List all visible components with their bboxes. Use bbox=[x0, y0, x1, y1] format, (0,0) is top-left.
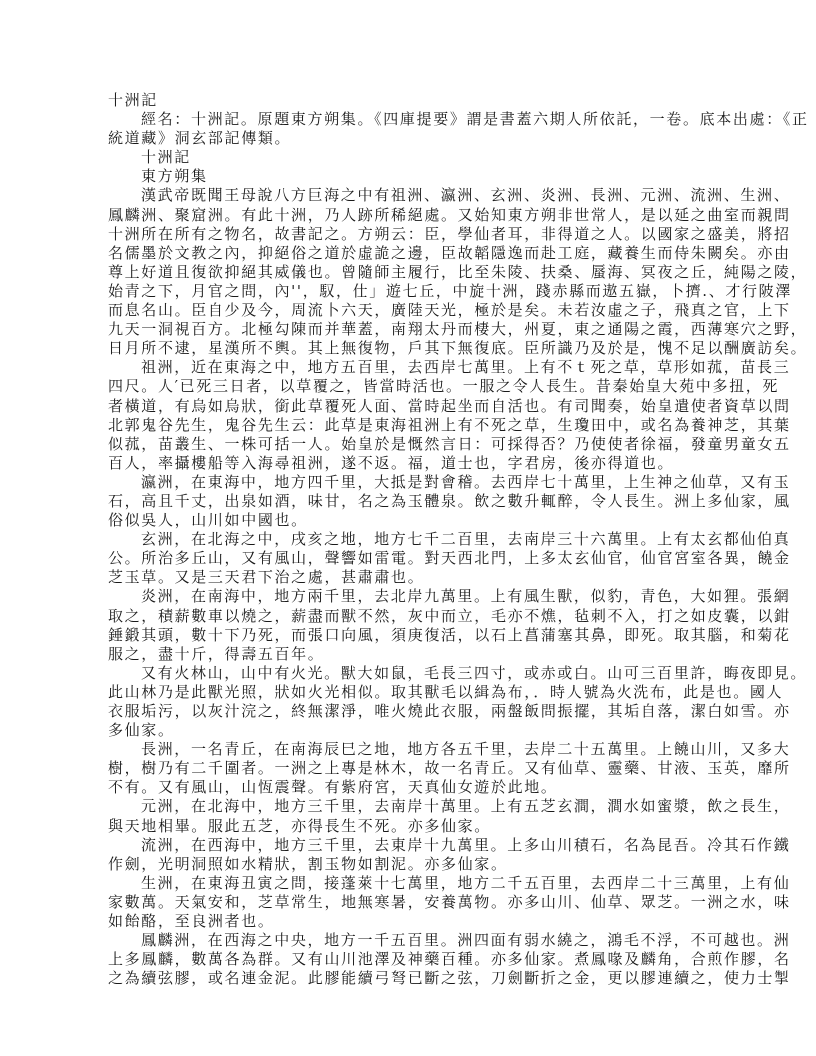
paragraph-line: 衣服垢污，以灰汁浣之，終無潔淨，唯火燒此衣服，兩盤飯問振擺，其垢自落，潔白如雪。… bbox=[108, 702, 718, 721]
document-page: 十洲記 經名：十洲記。原題東方朔集。《四庫提要》謂是書蓋六期人所依託，一卷。底本… bbox=[108, 91, 718, 988]
paragraph-line: 者橫道，有烏如烏狀，銜此草覆死人面、當時起坐而自活也。有司聞奏，始皇遣使者資草以… bbox=[108, 397, 718, 416]
paragraph-line: 玄洲，在北海之中，戌亥之地，地方七千二百里，去南岸三十六萬里。上有太玄都仙伯真 bbox=[108, 530, 718, 549]
preface-line: 經名：十洲記。原題東方朔集。《四庫提要》謂是書蓋六期人所依託，一卷。底本出處：《… bbox=[108, 110, 718, 129]
paragraph-line: 芝玉草。又是三天君下治之處，甚肅肅也。 bbox=[108, 568, 718, 587]
paragraph-line: 如飴酪，至良洲者也。 bbox=[108, 912, 718, 931]
paragraph-line: 北郭鬼谷先生，鬼谷先生云：此草是東海祖洲上有不死之草，生瓊田中，或名為養神芝，其… bbox=[108, 416, 718, 435]
paragraph-line: 生洲，在東海丑寅之問，接蓬萊十七萬里，地方二千五百里，去西岸二十三萬里，上有仙 bbox=[108, 874, 718, 893]
paragraph-huolinshan: 又有火林山，山中有火光。獸大如鼠，毛長三四寸，或赤或白。山可三百里許，晦夜即見。… bbox=[108, 664, 718, 740]
paragraph-line: 與天地相畢。服此五芝，亦得長生不死。亦多仙家。 bbox=[108, 817, 718, 836]
paragraph-line: 公。所治多丘山，又有風山，聲響如雷電。對天西北門，上多太玄仙官，仙官宮室各異，饒… bbox=[108, 549, 718, 568]
paragraph-line: 錘鍛其頭，數十下乃死，而張口向風，須庚復活，以石上菖蒲塞其鼻，即死。取其腦，和菊… bbox=[108, 626, 718, 645]
paragraph-line: 尊上好道且復欲抑絕其威儀也。曾隨師主履行，比至朱陵、扶桑、蜃海、冥夜之丘，純陽之… bbox=[108, 263, 718, 282]
paragraph-changzhou: 長洲，一名青丘，在南海辰巳之地，地方各五千里，去岸二十五萬里。上饒山川，又多大樹… bbox=[108, 740, 718, 797]
paragraph-line: 元洲，在北海中，地方三千里，去南岸十萬里。上有五芝玄澗，澗水如蜜漿，飲之長生， bbox=[108, 797, 718, 816]
paragraph-line: 作劍，光明洞照如水精狀，割玉物如割泥。亦多仙家。 bbox=[108, 855, 718, 874]
paragraph-line: 百人，率攝樓船等入海尋祖洲，遂不返。福，道士也，字君房，後亦得道也。 bbox=[108, 454, 718, 473]
paragraph-line: 日月所不逮，星漢所不輿。其上無復物，戶其下無復底。臣所識乃及於是，愧不足以酬廣訪… bbox=[108, 339, 718, 358]
paragraph-line: 十洲所在所有之物名，故書記之。方朔云：臣，學仙者耳，非得道之人。以國家之盛美，將… bbox=[108, 225, 718, 244]
paragraph-yingzhou: 瀛洲，在東海中，地方四千里，大抵是對會稽。去西岸七十萬里，上生神之仙草，又有玉石… bbox=[108, 473, 718, 530]
paragraph-shengzhou: 生洲，在東海丑寅之問，接蓬萊十七萬里，地方二千五百里，去西岸二十三萬里，上有仙家… bbox=[108, 874, 718, 931]
paragraph-zuzhou: 祖洲，近在東海之中，地方五百里，去西岸七萬里。上有不ｔ死之草，草形如菰，苗長三四… bbox=[108, 358, 718, 473]
paragraph-line: 祖洲，近在東海之中，地方五百里，去西岸七萬里。上有不ｔ死之草，草形如菰，苗長三 bbox=[108, 358, 718, 377]
paragraph-line: 不有。又有風山，山恆震聲。有紫府宮，天真仙女遊於此地。 bbox=[108, 778, 718, 797]
paragraph-line: 上多鳳麟，數萬各為群。又有山川池澤及神藥百種。亦多仙家。煮鳳喙及麟角，合煎作膠，… bbox=[108, 950, 718, 969]
body-paragraphs: 漢武帝既聞王母說八方巨海之中有祖洲、瀛洲、玄洲、炎洲、長洲、元洲、流洲、生洲、鳳… bbox=[108, 186, 718, 988]
paragraph-yanzhou: 炎洲，在南海中，地方兩千里，去北岸九萬里。上有風生獸，似豹，青色，大如狸。張網取… bbox=[108, 587, 718, 663]
paragraph-line: 鳳麟洲，在西海之中央，地方一千五百里。洲四面有弱水繞之，鴻毛不浮，不可越也。洲 bbox=[108, 931, 718, 950]
paragraph-liuzhou: 流洲，在西海中，地方三千里，去東岸十九萬里。上多山川積石，名為昆吾。冷其石作鐵作… bbox=[108, 836, 718, 874]
paragraph-intro: 漢武帝既聞王母說八方巨海之中有祖洲、瀛洲、玄洲、炎洲、長洲、元洲、流洲、生洲、鳳… bbox=[108, 186, 718, 358]
paragraph-line: 漢武帝既聞王母說八方巨海之中有祖洲、瀛洲、玄洲、炎洲、長洲、元洲、流洲、生洲、 bbox=[108, 186, 718, 205]
paragraph-line: 之為續弦膠，或名連金泥。此膠能續弓弩已斷之弦，刀劍斷折之金，更以膠連續之，使力士… bbox=[108, 969, 718, 988]
paragraph-xuanzhou: 玄洲，在北海之中，戌亥之地，地方七千二百里，去南岸三十六萬里。上有太玄都仙伯真公… bbox=[108, 530, 718, 587]
paragraph-line: 瀛洲，在東海中，地方四千里，大抵是對會稽。去西岸七十萬里，上生神之仙草，又有玉 bbox=[108, 473, 718, 492]
paragraph-line: 名儒墨於文教之內，抑絕俗之道於虛詭之邊，臣故韜隱逸而赴工庭，藏養生而侍朱闕矣。亦… bbox=[108, 244, 718, 263]
paragraph-line: 服之，盡十斤，得壽五百年。 bbox=[108, 645, 718, 664]
paragraph-line: 俗似吳人，山川如中國也。 bbox=[108, 511, 718, 530]
paragraph-line: 而息名山。臣自少及今，周流卜六天，廣陸天光，極於是矣。未若汝虛之子，飛真之官，上… bbox=[108, 301, 718, 320]
paragraph-line: 取之，積薪數車以燒之，薪盡而獸不然，灰中而立，毛亦不燋，毡刺不入，打之如皮囊，以… bbox=[108, 607, 718, 626]
paragraph-line: 又有火林山，山中有火光。獸大如鼠，毛長三四寸，或赤或白。山可三百里許，晦夜即見。 bbox=[108, 664, 718, 683]
paragraph-line: 四尺。人′已死三日者，以草覆之，皆當時活也。一服之令人長生。昔秦始皇大苑中多扭，… bbox=[108, 377, 718, 396]
paragraph-line: 長洲，一名青丘，在南海辰巳之地，地方各五千里，去岸二十五萬里。上饒山川，又多大 bbox=[108, 740, 718, 759]
document-author: 東方朔集 bbox=[108, 167, 718, 186]
document-subtitle: 十洲記 bbox=[108, 148, 718, 167]
preface: 經名：十洲記。原題東方朔集。《四庫提要》謂是書蓋六期人所依託，一卷。底本出處：《… bbox=[108, 110, 718, 148]
paragraph-line: 鳳麟洲、聚窟洲。有此十洲，乃人跡所稀絕處。又始知東方朔非世常人，是以延之曲室而親… bbox=[108, 206, 718, 225]
paragraph-line: 似菰，苗叢生、一株可括一人。始皇於是慨然言日：可採得否？乃使使者徐福，發童男童女… bbox=[108, 435, 718, 454]
paragraph-line: 石，高且千丈，出泉如酒，味甘，名之為玉體泉。飲之數升輒醉，令人長生。洲上多仙家，… bbox=[108, 492, 718, 511]
paragraph-line: 此山林乃是此獸光照，狀如火光相似。取其獸毛以緝為布，．時人號為火洗布，此是也。國… bbox=[108, 683, 718, 702]
preface-line: 統道藏》洞玄部記傳類。 bbox=[108, 129, 718, 148]
paragraph-yuanzhou: 元洲，在北海中，地方三千里，去南岸十萬里。上有五芝玄澗，澗水如蜜漿，飲之長生，與… bbox=[108, 797, 718, 835]
document-title: 十洲記 bbox=[108, 91, 718, 110]
paragraph-line: 始青之下，月官之問，內''，馭，仕」遊七丘，中旋十洲，踐赤縣而遨五嶽，卜擠.、才… bbox=[108, 282, 718, 301]
paragraph-line: 炎洲，在南海中，地方兩千里，去北岸九萬里。上有風生獸，似豹，青色，大如狸。張網 bbox=[108, 587, 718, 606]
paragraph-line: 流洲，在西海中，地方三千里，去東岸十九萬里。上多山川積石，名為昆吾。冷其石作鐵 bbox=[108, 836, 718, 855]
paragraph-line: 家數萬。天氣安和，芝草常生，地無寒暑，安養萬物。亦多山川、仙草、眾芝。一洲之水，… bbox=[108, 893, 718, 912]
paragraph-line: 樹，樹乃有二千圍者。一洲之上專是林木，故一名青丘。又有仙草、靈藥、甘液、玉英，靡… bbox=[108, 759, 718, 778]
paragraph-fenglinzhou: 鳳麟洲，在西海之中央，地方一千五百里。洲四面有弱水繞之，鴻毛不浮，不可越也。洲上… bbox=[108, 931, 718, 988]
paragraph-line: 多仙家。 bbox=[108, 721, 718, 740]
paragraph-line: 九天一洞視百方。北極勾陳而并華蓋，南翔太丹而棲大，州夏，東之通陽之霞，西薄寒穴之… bbox=[108, 320, 718, 339]
